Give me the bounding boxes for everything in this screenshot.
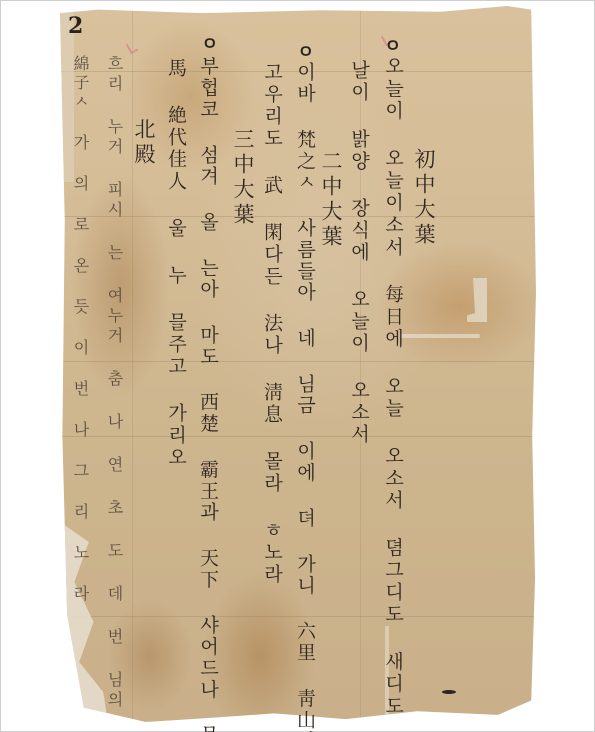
text-column-5: 부헙코 섬겨 올 는아 마도 西楚 霸王과 天下 샤어드나 못어드나 千里: [198, 56, 217, 696]
text-column-8: 綿子ㅅ 가 의 로 온 듯 이 번 나 그 리 노 라: [72, 55, 88, 375]
section-marker-circle: ㅇ: [384, 32, 401, 58]
heading-ijung-daeyeop: 二中大葉: [320, 150, 341, 250]
heading-bukjeon: 北殿: [133, 118, 154, 168]
section-marker-circle: ㅇ: [201, 30, 218, 56]
paper-loss-patch: [467, 278, 487, 322]
text-column-6: 馬 絶代佳人 울 누 믈주고 가리오: [166, 58, 185, 378]
text-column-7: 흐리 누거 피시 는 여누거 춤 나 연 초 도 데 번 님의 던 춘: [106, 55, 122, 675]
text-column-1: 오늘이 오늘이소서 每日에 오늘 오소서 뎜그디도 새디도 마르시고 새라: [383, 56, 402, 676]
heading-samjung-daeyeop: 三中大葉: [232, 128, 253, 228]
section-marker-circle: ㅇ: [297, 38, 314, 64]
heading-chojung-daeyeop: 初中大葉: [413, 148, 434, 248]
text-column-2: 날이 밝양 장식에 오늘이 오소서: [349, 60, 368, 340]
text-column-3: 이바 梵之ㅅ 사름들아 네 님금 이에 뎌 가니 六里 靑山이 뉘 쇠 히되 닷…: [295, 62, 314, 702]
page-number: 2: [68, 13, 83, 39]
text-column-4: 고우리도 武 閑다든 法나 淸息 몰라 ㅎ노라: [262, 62, 281, 472]
paper-loss-streak: [400, 334, 480, 338]
paper-crease: [132, 6, 133, 722]
ink-blot: [442, 690, 456, 694]
